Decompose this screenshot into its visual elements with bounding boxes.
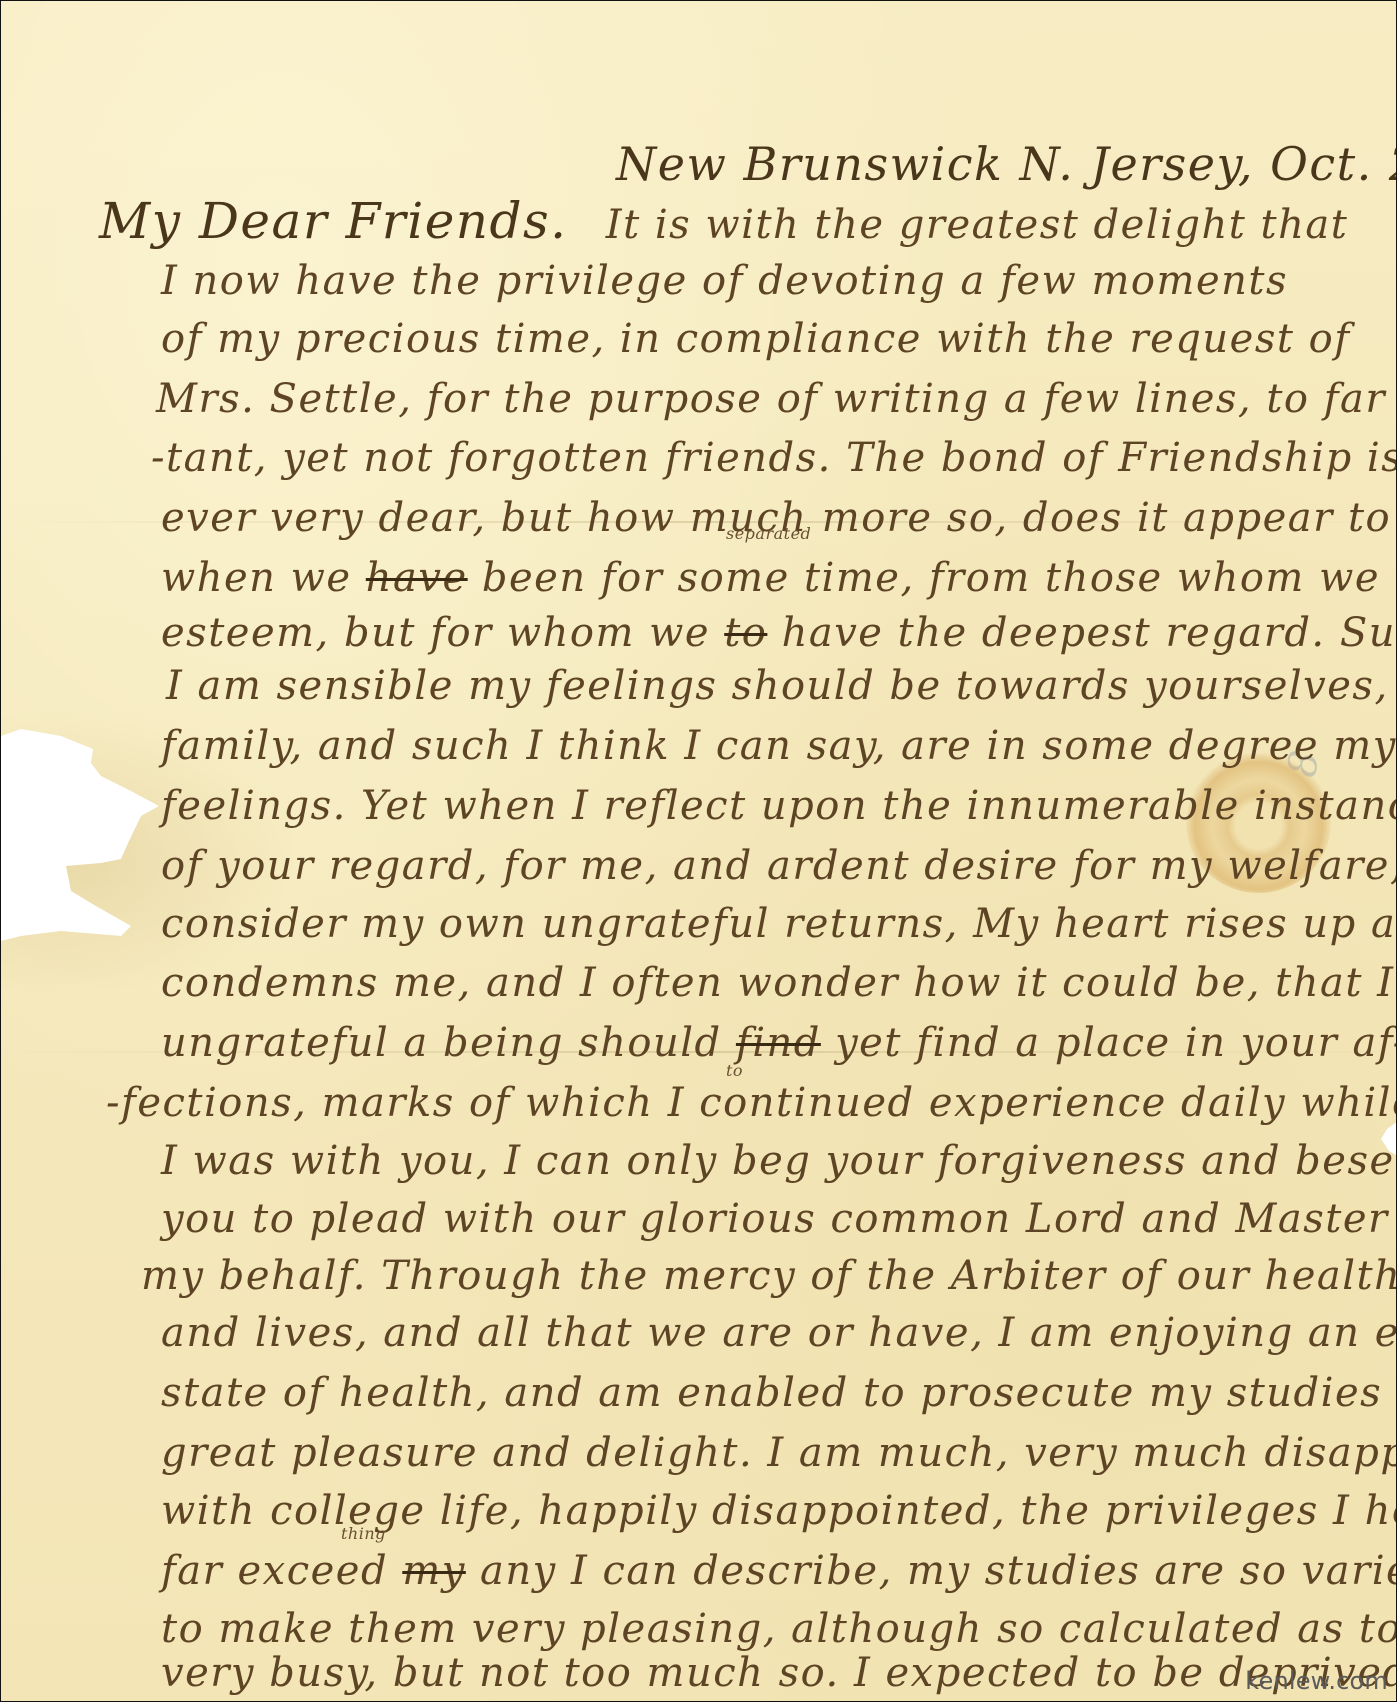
line-16-part-a: -fections, marks of which I continued	[106, 1080, 915, 1126]
insertion-separated: separated	[726, 524, 811, 543]
line-24-part-c: I can describe, my studies are so varied…	[557, 1548, 1397, 1594]
letter-line-2: I now have the privilege of devoting a f…	[161, 261, 1288, 301]
letter-line-26: very busy, but not too much so. I expect…	[161, 1653, 1397, 1693]
letter-line-22: great pleasure and delight. I am much, v…	[161, 1433, 1397, 1473]
letter-text: New Brunswick N. Jersey, Oct. 25th 1830 …	[1, 1, 1397, 1702]
struck-word: find	[736, 1020, 821, 1066]
letter-line-13: consider my own ungrateful returns, My h…	[161, 904, 1397, 944]
letter-line-7: when we have been for some time, from th…	[161, 558, 1397, 598]
line-7-part-c: , from those whom we not only	[900, 555, 1397, 601]
insertion-thing: thing	[341, 1524, 386, 1543]
letter-line-3: of my precious time, in compliance with …	[161, 319, 1351, 359]
line-15-part-b: yet find a place in your af-	[821, 1020, 1397, 1066]
line-8-part-b: have the deepest regard. Such	[767, 610, 1397, 656]
insertion-to: to	[726, 1061, 743, 1080]
line-7-part-a: when we	[161, 555, 366, 601]
line-1-body: It is with the greatest delight that	[606, 202, 1349, 248]
line-8-part-a: esteem, but for whom we	[161, 610, 724, 656]
line-24-part-a: far exceed	[161, 1548, 402, 1594]
letter-scan-frame: 8 New Brunswick N. Jersey, Oct. 25th 183…	[0, 0, 1397, 1702]
letter-line-25: to make them very pleasing, although so …	[161, 1609, 1397, 1649]
line-15-part-a: ungrateful a being should	[161, 1020, 736, 1066]
struck-word: have	[366, 555, 468, 601]
letter-line-20: and lives, and all that we are or have, …	[161, 1313, 1397, 1353]
struck-word: my	[402, 1548, 466, 1594]
letter-line-9: I am sensible my feelings should be towa…	[166, 666, 1397, 706]
letter-line-21: state of health, and am enabled to prose…	[161, 1373, 1397, 1413]
salutation: My Dear Friends.	[99, 192, 568, 250]
watermark: kenlew.com	[1245, 1667, 1388, 1695]
struck-word: to	[724, 610, 767, 656]
letter-line-4: Mrs. Settle, for the purpose of writing …	[156, 379, 1397, 419]
letter-line-1: My Dear Friends. It is with the greatest…	[99, 196, 1348, 246]
letter-line-12: of your regard, for me, and ardent desir…	[161, 846, 1397, 886]
letter-heading-place-date: New Brunswick N. Jersey, Oct. 25th 1830	[616, 141, 1397, 187]
letter-line-8: esteem, but for whom we to have the deep…	[161, 613, 1397, 653]
letter-line-14: condemns me, and I often wonder how it c…	[161, 963, 1397, 1003]
line-16-part-b: experience daily while	[915, 1080, 1397, 1126]
letter-line-11: feelings. Yet when I reflect upon the in…	[161, 786, 1397, 826]
line-7-part-b: been for some time	[468, 555, 901, 601]
letter-line-5: -tant, yet not forgotten friends. The bo…	[151, 438, 1397, 478]
letter-line-16: -fections, marks of which I continued ex…	[106, 1083, 1397, 1123]
letter-line-15: ungrateful a being should find yet find …	[161, 1023, 1397, 1063]
letter-line-19: my behalf. Through the mercy of the Arbi…	[141, 1256, 1397, 1296]
letter-line-18: you to plead with our glorious common Lo…	[161, 1199, 1397, 1239]
line-24-part-b: any	[466, 1548, 557, 1594]
letter-line-17: I was with you, I can only beg your forg…	[161, 1141, 1397, 1181]
letter-line-10: family, and such I think I can say, are …	[161, 726, 1397, 766]
letter-line-24: far exceed my any I can describe, my stu…	[161, 1551, 1397, 1591]
